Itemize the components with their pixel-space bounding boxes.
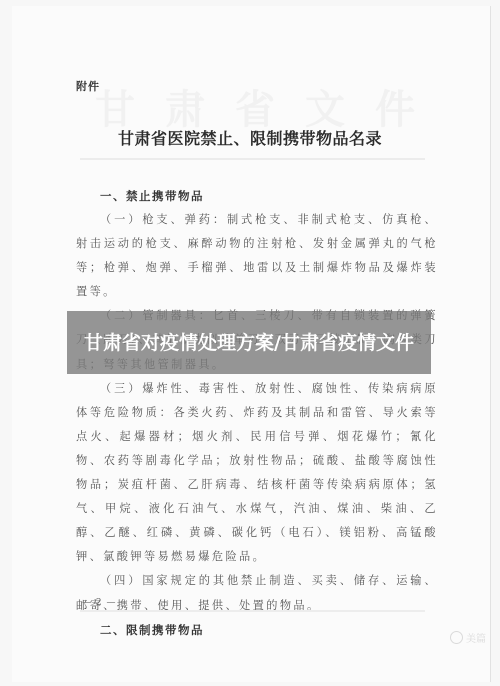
meipian-logo-icon <box>450 631 463 644</box>
watermark: 美篇 <box>450 630 486 645</box>
document-body: 一、禁止携带物品 （一）枪支、弹药：制式枪支、非制式枪支、仿真枪、射击运动的枪支… <box>76 184 438 642</box>
divider <box>80 610 425 612</box>
attachment-label: 附件 <box>76 78 100 94</box>
section-heading-prohibited: 一、禁止携带物品 <box>76 184 438 208</box>
page-number: — 2 — <box>82 598 116 608</box>
watermark-text: 美篇 <box>466 630 486 645</box>
document-title: 甘肃省医院禁止、限制携带物品名录 <box>0 126 500 149</box>
section-heading-restricted: 二、限制携带物品 <box>76 618 438 642</box>
paragraph-hazardous-materials: （三）爆炸性、毒害性、放射性、腐蚀性、传染病病原体等危险物质：各类火药、炸药及其… <box>76 377 438 570</box>
paragraph-firearms: （一）枪支、弹药：制式枪支、非制式枪支、仿真枪、射击运动的枪支、麻醉动物的注射枪… <box>76 208 438 304</box>
title-overlay-banner[interactable]: 甘肃省对疫情处理方案/甘肃省疫情文件 <box>67 311 431 374</box>
divider <box>80 158 425 160</box>
article-title[interactable]: 甘肃省对疫情处理方案/甘肃省疫情文件 <box>79 331 419 355</box>
